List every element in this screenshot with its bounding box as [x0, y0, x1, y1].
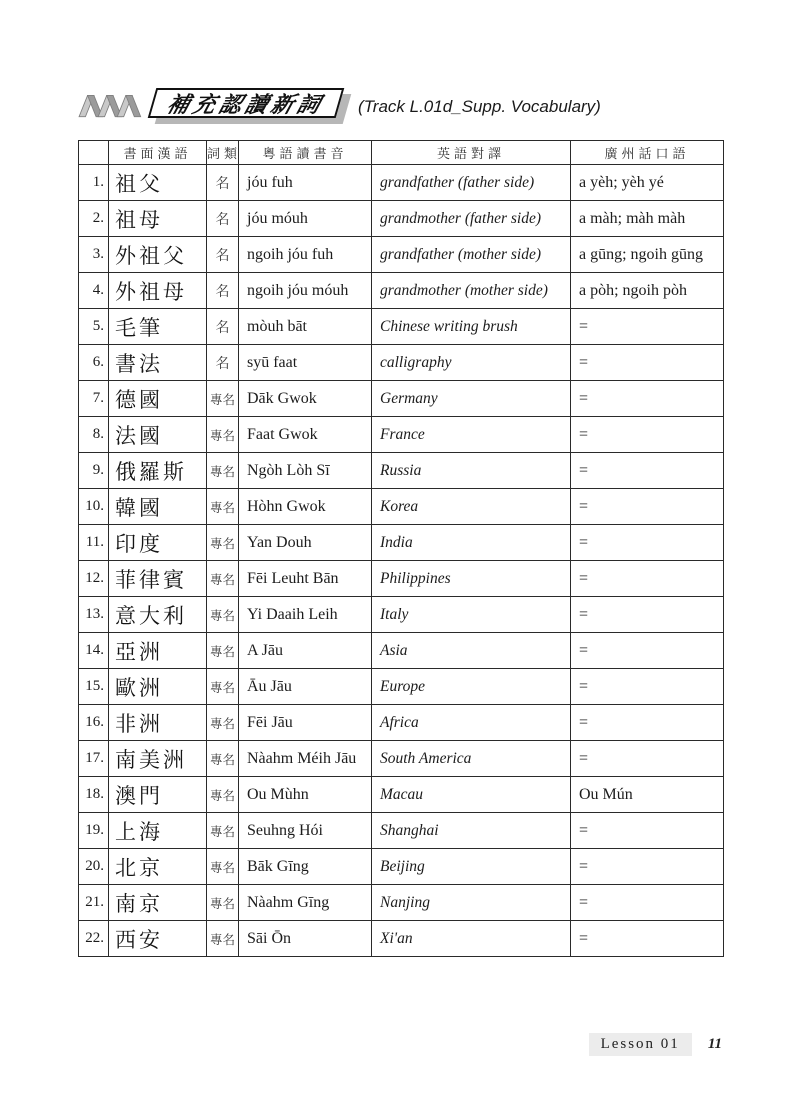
yale-romanization: jóu móuh	[239, 201, 372, 237]
table-row: 12.菲律賓專名Fēi Leuht BānPhilippines=	[79, 561, 724, 597]
table-row: 15.歐洲專名Āu JāuEurope=	[79, 669, 724, 705]
english-gloss: grandmother (mother side)	[372, 273, 571, 309]
table-header: 書面漢語 詞類 粵語讀書音 英語對譯 廣州話口語	[79, 141, 724, 165]
yale-romanization: Yan Douh	[239, 525, 372, 561]
table-row: 13.意大利專名Yi Daaih LeihItaly=	[79, 597, 724, 633]
hanzi-text: 西安	[109, 921, 207, 957]
pos-label: 專名	[207, 813, 239, 849]
hanzi-text: 法國	[109, 417, 207, 453]
pos-label: 名	[207, 309, 239, 345]
yale-romanization: Seuhng Hói	[239, 813, 372, 849]
pos-label: 專名	[207, 417, 239, 453]
table-row: 1.祖父名jóu fuhgrandfather (father side)a y…	[79, 165, 724, 201]
row-number: 12.	[79, 561, 109, 597]
pos-label: 專名	[207, 921, 239, 957]
colloquial-form: =	[571, 705, 724, 741]
table-row: 4.外祖母名ngoih jóu móuhgrandmother (mother …	[79, 273, 724, 309]
colloquial-form: =	[571, 309, 724, 345]
pos-label: 名	[207, 345, 239, 381]
banner-box: 補充認讀新詞	[148, 88, 345, 118]
row-number: 1.	[79, 165, 109, 201]
header-row: 書面漢語 詞類 粵語讀書音 英語對譯 廣州話口語	[79, 141, 724, 165]
pos-label: 名	[207, 201, 239, 237]
yale-romanization: Hòhn Gwok	[239, 489, 372, 525]
column-header-pos: 詞類	[207, 141, 239, 165]
english-gloss: Shanghai	[372, 813, 571, 849]
hanzi-text: 澳門	[109, 777, 207, 813]
yale-romanization: mòuh bāt	[239, 309, 372, 345]
colloquial-form: =	[571, 561, 724, 597]
table-row: 16.非洲專名Fēi JāuAfrica=	[79, 705, 724, 741]
section-title: 補充認讀新詞	[164, 88, 329, 119]
pos-label: 專名	[207, 885, 239, 921]
zigzag-ribbon-icon	[76, 88, 148, 122]
pos-label: 專名	[207, 597, 239, 633]
table-row: 20.北京專名Bāk GīngBeijing=	[79, 849, 724, 885]
pos-label: 專名	[207, 705, 239, 741]
row-number: 11.	[79, 525, 109, 561]
colloquial-form: a pòh; ngoih pòh	[571, 273, 724, 309]
table-row: 3.外祖父名ngoih jóu fuhgrandfather (mother s…	[79, 237, 724, 273]
column-header-written-chinese: 書面漢語	[109, 141, 207, 165]
english-gloss: Philippines	[372, 561, 571, 597]
english-gloss: Germany	[372, 381, 571, 417]
english-gloss: South America	[372, 741, 571, 777]
english-gloss: Korea	[372, 489, 571, 525]
row-number: 4.	[79, 273, 109, 309]
hanzi-text: 書法	[109, 345, 207, 381]
yale-romanization: ngoih jóu móuh	[239, 273, 372, 309]
table-row: 7.德國專名Dāk GwokGermany=	[79, 381, 724, 417]
table-row: 10.韓國專名Hòhn GwokKorea=	[79, 489, 724, 525]
yale-romanization: ngoih jóu fuh	[239, 237, 372, 273]
yale-romanization: Dāk Gwok	[239, 381, 372, 417]
column-header-colloquial-cantonese: 廣州話口語	[571, 141, 724, 165]
yale-romanization: Sāi Ōn	[239, 921, 372, 957]
hanzi-text: 韓國	[109, 489, 207, 525]
vocabulary-table: 書面漢語 詞類 粵語讀書音 英語對譯 廣州話口語 1.祖父名jóu fuhgra…	[78, 140, 724, 957]
colloquial-form: =	[571, 669, 724, 705]
pos-label: 專名	[207, 561, 239, 597]
colloquial-form: =	[571, 813, 724, 849]
row-number: 2.	[79, 201, 109, 237]
row-number: 22.	[79, 921, 109, 957]
colloquial-form: =	[571, 597, 724, 633]
row-number: 17.	[79, 741, 109, 777]
english-gloss: grandfather (mother side)	[372, 237, 571, 273]
audio-track-label: (Track L.01d_Supp. Vocabulary)	[358, 91, 601, 117]
row-number: 19.	[79, 813, 109, 849]
yale-romanization: Nàahm Gīng	[239, 885, 372, 921]
pos-label: 專名	[207, 741, 239, 777]
pos-label: 專名	[207, 669, 239, 705]
yale-romanization: Fēi Jāu	[239, 705, 372, 741]
title-banner: 補充認讀新詞	[152, 88, 340, 120]
table-row: 8.法國專名Faat GwokFrance=	[79, 417, 724, 453]
table-row: 17.南美洲專名Nàahm Méih JāuSouth America=	[79, 741, 724, 777]
hanzi-text: 外祖母	[109, 273, 207, 309]
row-number: 13.	[79, 597, 109, 633]
english-gloss: Chinese writing brush	[372, 309, 571, 345]
yale-romanization: A Jāu	[239, 633, 372, 669]
colloquial-form: =	[571, 489, 724, 525]
colloquial-form: =	[571, 849, 724, 885]
hanzi-text: 歐洲	[109, 669, 207, 705]
english-gloss: Beijing	[372, 849, 571, 885]
table-row: 19.上海專名Seuhng HóiShanghai=	[79, 813, 724, 849]
yale-romanization: Faat Gwok	[239, 417, 372, 453]
row-number: 15.	[79, 669, 109, 705]
row-number: 18.	[79, 777, 109, 813]
hanzi-text: 非洲	[109, 705, 207, 741]
table-row: 2.祖母名jóu móuhgrandmother (father side)a …	[79, 201, 724, 237]
hanzi-text: 外祖父	[109, 237, 207, 273]
english-gloss: grandmother (father side)	[372, 201, 571, 237]
english-gloss: Macau	[372, 777, 571, 813]
colloquial-form: =	[571, 921, 724, 957]
yale-romanization: Āu Jāu	[239, 669, 372, 705]
english-gloss: Nanjing	[372, 885, 571, 921]
pos-label: 名	[207, 273, 239, 309]
pos-label: 專名	[207, 849, 239, 885]
colloquial-form: a gūng; ngoih gūng	[571, 237, 724, 273]
row-number: 5.	[79, 309, 109, 345]
pos-label: 專名	[207, 777, 239, 813]
colloquial-form: a yèh; yèh yé	[571, 165, 724, 201]
english-gloss: Africa	[372, 705, 571, 741]
yale-romanization: Ngòh Lòh Sī	[239, 453, 372, 489]
english-gloss: Europe	[372, 669, 571, 705]
table-row: 6.書法名syū faatcalligraphy=	[79, 345, 724, 381]
hanzi-text: 意大利	[109, 597, 207, 633]
english-gloss: Xi'an	[372, 921, 571, 957]
english-gloss: India	[372, 525, 571, 561]
english-gloss: Russia	[372, 453, 571, 489]
textbook-page: 補充認讀新詞 (Track L.01d_Supp. Vocabulary) 書面…	[0, 0, 800, 1095]
row-number: 8.	[79, 417, 109, 453]
row-number: 3.	[79, 237, 109, 273]
colloquial-form: a màh; màh màh	[571, 201, 724, 237]
hanzi-text: 毛筆	[109, 309, 207, 345]
hanzi-text: 南美洲	[109, 741, 207, 777]
page-number: 11	[708, 1036, 722, 1053]
table-row: 9.俄羅斯專名Ngòh Lòh SīRussia=	[79, 453, 724, 489]
hanzi-text: 俄羅斯	[109, 453, 207, 489]
colloquial-form: =	[571, 633, 724, 669]
hanzi-text: 亞洲	[109, 633, 207, 669]
pos-label: 專名	[207, 453, 239, 489]
lesson-label: Lesson 01	[589, 1033, 692, 1056]
row-number: 7.	[79, 381, 109, 417]
hanzi-text: 祖母	[109, 201, 207, 237]
pos-label: 專名	[207, 489, 239, 525]
yale-romanization: jóu fuh	[239, 165, 372, 201]
table-row: 11.印度專名Yan DouhIndia=	[79, 525, 724, 561]
page-footer: Lesson 01 11	[589, 1033, 722, 1056]
colloquial-form: =	[571, 525, 724, 561]
table-row: 22.西安專名Sāi ŌnXi'an=	[79, 921, 724, 957]
hanzi-text: 印度	[109, 525, 207, 561]
yale-romanization: Fēi Leuht Bān	[239, 561, 372, 597]
colloquial-form: =	[571, 417, 724, 453]
table-row: 5.毛筆名mòuh bātChinese writing brush=	[79, 309, 724, 345]
table-row: 14.亞洲專名A JāuAsia=	[79, 633, 724, 669]
pos-label: 專名	[207, 381, 239, 417]
colloquial-form: =	[571, 345, 724, 381]
pos-label: 名	[207, 165, 239, 201]
row-number: 21.	[79, 885, 109, 921]
english-gloss: France	[372, 417, 571, 453]
table-row: 18.澳門專名Ou MùhnMacauOu Mún	[79, 777, 724, 813]
colloquial-form: =	[571, 741, 724, 777]
row-number: 10.	[79, 489, 109, 525]
yale-romanization: Ou Mùhn	[239, 777, 372, 813]
yale-romanization: Bāk Gīng	[239, 849, 372, 885]
column-header-reading-pronunciation: 粵語讀書音	[239, 141, 372, 165]
colloquial-form: Ou Mún	[571, 777, 724, 813]
row-number: 20.	[79, 849, 109, 885]
hanzi-text: 德國	[109, 381, 207, 417]
hanzi-text: 祖父	[109, 165, 207, 201]
pos-label: 名	[207, 237, 239, 273]
english-gloss: Italy	[372, 597, 571, 633]
hanzi-text: 菲律賓	[109, 561, 207, 597]
hanzi-text: 南京	[109, 885, 207, 921]
section-header: 補充認讀新詞 (Track L.01d_Supp. Vocabulary)	[76, 86, 601, 122]
english-gloss: grandfather (father side)	[372, 165, 571, 201]
colloquial-form: =	[571, 885, 724, 921]
column-header-number	[79, 141, 109, 165]
english-gloss: Asia	[372, 633, 571, 669]
hanzi-text: 北京	[109, 849, 207, 885]
table-row: 21.南京專名Nàahm GīngNanjing=	[79, 885, 724, 921]
yale-romanization: Nàahm Méih Jāu	[239, 741, 372, 777]
colloquial-form: =	[571, 381, 724, 417]
row-number: 14.	[79, 633, 109, 669]
yale-romanization: Yi Daaih Leih	[239, 597, 372, 633]
column-header-english-gloss: 英語對譯	[372, 141, 571, 165]
yale-romanization: syū faat	[239, 345, 372, 381]
pos-label: 專名	[207, 525, 239, 561]
row-number: 9.	[79, 453, 109, 489]
row-number: 6.	[79, 345, 109, 381]
english-gloss: calligraphy	[372, 345, 571, 381]
colloquial-form: =	[571, 453, 724, 489]
hanzi-text: 上海	[109, 813, 207, 849]
vocab-table-body: 1.祖父名jóu fuhgrandfather (father side)a y…	[79, 165, 724, 957]
pos-label: 專名	[207, 633, 239, 669]
row-number: 16.	[79, 705, 109, 741]
